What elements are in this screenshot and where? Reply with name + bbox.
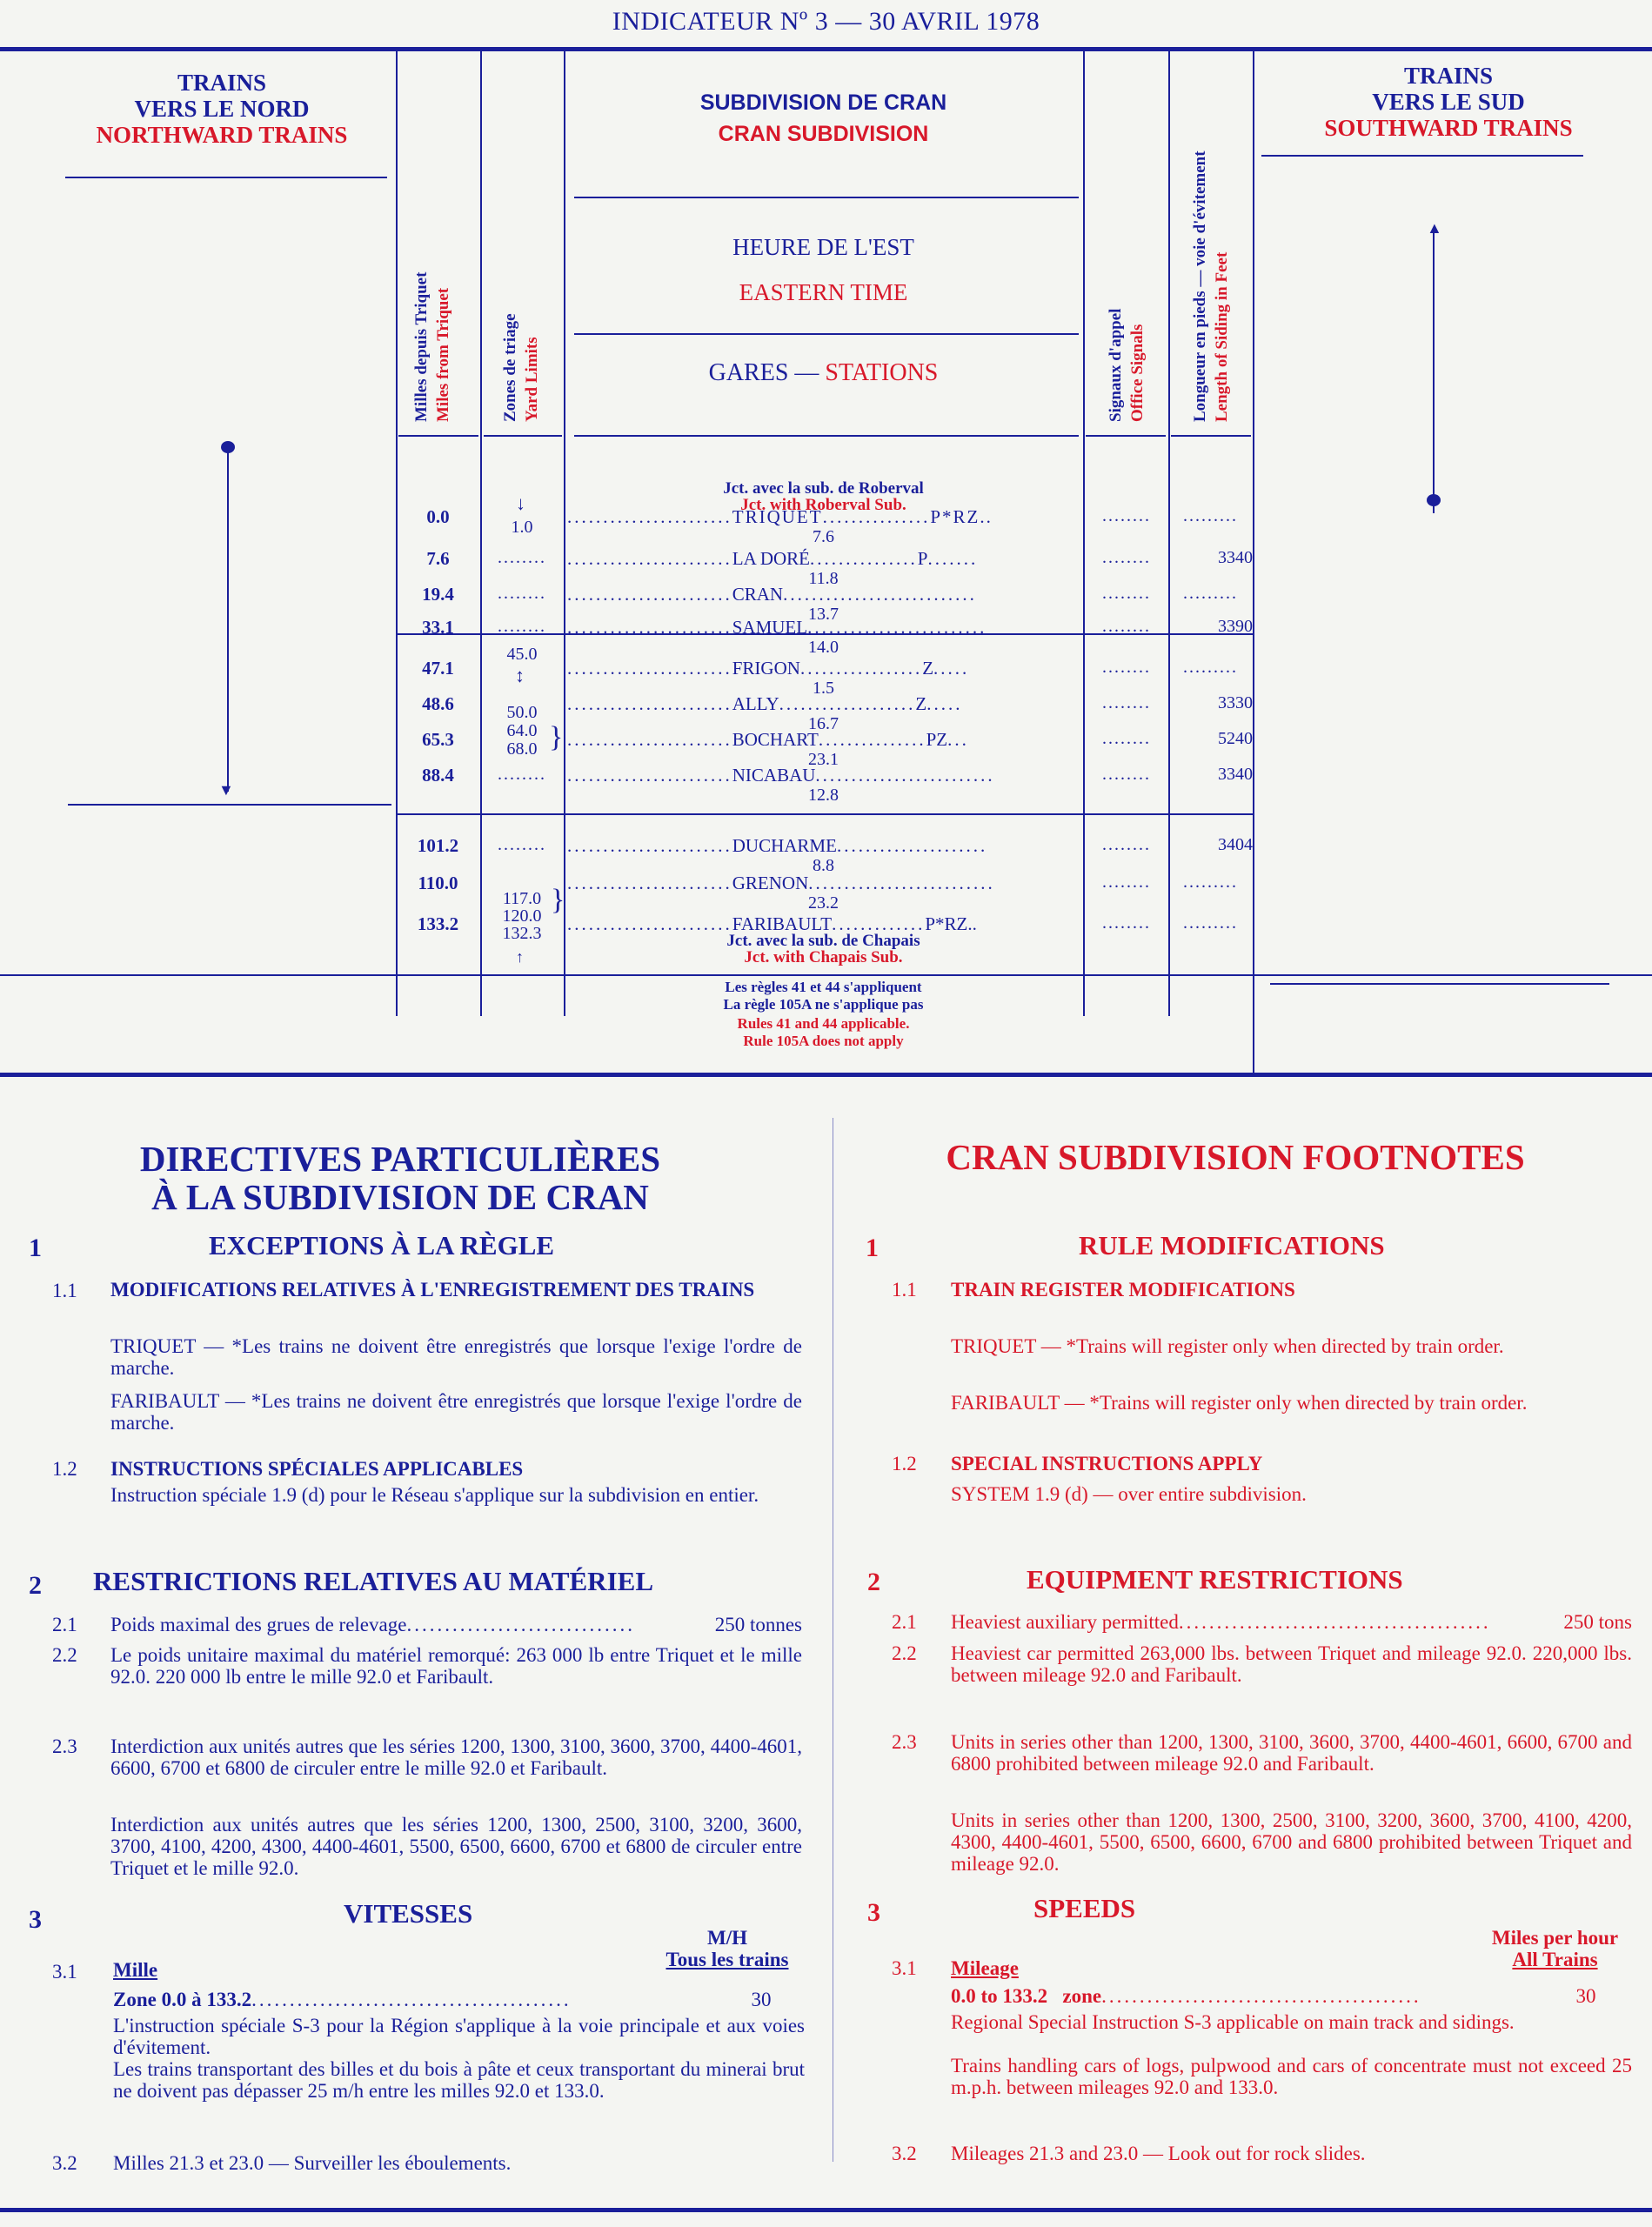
siding-length: 3340 xyxy=(1166,548,1253,568)
french-title: DIRECTIVES PARTICULIÈRES À LA SUBDIVISIO… xyxy=(139,1140,661,1216)
paragraph: Instruction spéciale 1.9 (d) pour le Rés… xyxy=(110,1484,802,1506)
siding-column-header: Longueur en pieds — voie d'évitement Len… xyxy=(1189,70,1233,422)
section-number: 1.2 xyxy=(892,1453,917,1475)
section-number: 2.1 xyxy=(52,1614,77,1636)
rule xyxy=(574,197,1079,198)
station-mile: 19.4 xyxy=(396,584,480,605)
northward-arrow-line xyxy=(227,452,229,792)
french-title-1: DIRECTIVES PARTICULIÈRES xyxy=(139,1140,661,1178)
subsection-title: SPECIAL INSTRUCTIONS APPLY xyxy=(951,1453,1262,1475)
paragraph: Interdiction aux unités autres que les s… xyxy=(110,1814,802,1879)
paragraph: Units in series other than 1200, 1300, 3… xyxy=(951,1731,1632,1775)
speed-column-header: Miles per hour All Trains xyxy=(1475,1927,1635,1970)
rules-note-fr-1: Les règles 41 et 44 s'appliquent xyxy=(565,979,1081,996)
paragraph: TRIQUET — *Les trains ne doivent être en… xyxy=(110,1335,802,1379)
speed-zone-row: Zone 0.0 à 133.2 .......................… xyxy=(113,1989,809,2010)
southbound-en: SOUTHWARD TRAINS xyxy=(1257,115,1640,141)
section-rule xyxy=(396,813,1253,815)
paragraph: SYSTEM 1.9 (d) — over entire subdivision… xyxy=(951,1483,1632,1505)
station-line: .......................TRIQUET..........… xyxy=(567,506,1080,528)
stations-en: STATIONS xyxy=(825,359,938,386)
speed-head-1: Miles per hour xyxy=(1475,1927,1635,1949)
station-line: .......................LA DORÉ..........… xyxy=(567,548,1080,570)
signals-column-header: Signaux d'appel Office Signals xyxy=(1105,252,1148,422)
rule xyxy=(1171,435,1251,437)
yard-brace-icon: } xyxy=(549,720,563,755)
english-title: CRAN SUBDIVISION FOOTNOTES xyxy=(879,1138,1592,1176)
rule xyxy=(484,435,562,437)
speed-value: 30 xyxy=(713,1989,809,2010)
section-number: 2.2 xyxy=(892,1642,917,1665)
paragraph: Le poids unitaire maximal du matériel re… xyxy=(110,1644,802,1688)
mileage-column-label: Mileage xyxy=(951,1957,1019,1980)
station-mile: 88.4 xyxy=(396,765,480,786)
section-number: 1.1 xyxy=(52,1280,77,1302)
section-number: 2 xyxy=(867,1568,880,1597)
paragraph: Mileages 21.3 and 23.0 — Look out for ro… xyxy=(951,2143,1632,2164)
rule xyxy=(398,435,478,437)
junction-roberval-fr: Jct. avec la sub. de Roberval xyxy=(565,480,1081,497)
paragraph: TRIQUET — *Trains will register only whe… xyxy=(951,1335,1632,1357)
station-line: .......................BOCHART..........… xyxy=(567,729,1080,751)
section-number: 2.1 xyxy=(892,1611,917,1634)
miles-fr: Milles depuis Triquet xyxy=(412,272,431,422)
col-divider xyxy=(1083,50,1085,1016)
station-line: .......................GRENON...........… xyxy=(567,873,1080,894)
station-name: TRIQUET xyxy=(732,506,823,527)
station-name: ALLY xyxy=(732,693,779,714)
speed-zone-row: 0.0 to 133.2 zone ......................… xyxy=(951,1985,1638,2007)
page-title: INDICATEUR Nº 3 — 30 AVRIL 1978 xyxy=(0,7,1652,37)
station-name: DUCHARME xyxy=(732,835,837,856)
section-title: EQUIPMENT RESTRICTIONS xyxy=(1027,1564,1403,1595)
speed-column-header: M/H Tous les trains xyxy=(648,1927,806,1970)
zone-label: 0.0 to 133.2 zone xyxy=(951,1985,1101,2007)
junction-chapais-fr: Jct. avec la sub. de Chapais xyxy=(565,933,1081,949)
col-divider xyxy=(396,50,398,1016)
speed-head-2: Tous les trains xyxy=(648,1949,806,1970)
station-mile: 48.6 xyxy=(396,693,480,715)
rules-note-en-1: Rules 41 and 44 applicable. xyxy=(565,1015,1081,1033)
stations-fr: GARES — xyxy=(709,359,819,386)
siding-length: 3330 xyxy=(1166,693,1253,713)
section-number: 1 xyxy=(29,1234,42,1263)
paragraph: Les trains transportant des billes et du… xyxy=(113,2058,805,2102)
paragraph: Units in series other than 1200, 1300, 2… xyxy=(951,1809,1632,1875)
rule xyxy=(574,435,1079,437)
yard-arrow-down-icon: ↓ xyxy=(516,494,525,513)
section-number: 1 xyxy=(866,1234,879,1263)
col-divider xyxy=(1253,50,1254,1077)
station-name: FRIGON xyxy=(732,658,800,679)
southbound-fr-1: TRAINS xyxy=(1257,63,1640,89)
speed-head-2: All Trains xyxy=(1475,1949,1635,1970)
rule xyxy=(1086,435,1166,437)
station-line: .......................NICABAU..........… xyxy=(567,765,1080,786)
station-line: .......................FRIGON...........… xyxy=(567,658,1080,679)
subsection-title: INSTRUCTIONS SPÉCIALES APPLICABLES xyxy=(110,1458,523,1481)
rules-note-fr-2: La règle 105A ne s'applique pas xyxy=(565,996,1081,1013)
rule xyxy=(1270,983,1609,985)
paragraph: Heaviest car permitted 263,000 lbs. betw… xyxy=(951,1642,1632,1686)
timeline-end-dot-icon xyxy=(1427,494,1441,506)
distance-to-next: 23.2 xyxy=(565,893,1081,913)
stations-header: GARES — STATIONS xyxy=(565,359,1081,387)
subdivision-header: SUBDIVISION DE CRAN CRAN SUBDIVISION xyxy=(565,87,1081,150)
southbound-fr-2: VERS LE SUD xyxy=(1257,89,1640,115)
station-name: LA DORÉ xyxy=(732,548,810,569)
speed-head-1: M/H xyxy=(648,1927,806,1949)
section-number: 1.2 xyxy=(52,1458,77,1481)
footer-rule xyxy=(0,2208,1652,2212)
rules-note: Les règles 41 et 44 s'appliquent La règl… xyxy=(565,979,1081,1050)
southbound-header: TRAINS VERS LE SUD SOUTHWARD TRAINS xyxy=(1257,63,1640,141)
station-line: .......................CRAN.............… xyxy=(567,584,1080,605)
label: Poids maximal des grues de relevage xyxy=(110,1614,406,1635)
section-number: 2.2 xyxy=(52,1644,77,1667)
yard-column-header: Zones de triage Yard Limits xyxy=(499,261,543,422)
distance-to-next: 12.8 xyxy=(565,786,1081,806)
header-rule xyxy=(0,47,1652,51)
paragraph: FARIBAULT — *Les trains ne doivent être … xyxy=(110,1390,802,1434)
yard-arrow-up-icon: ↑ xyxy=(516,948,524,966)
yard-arrow-updown-icon: ↕ xyxy=(515,666,525,685)
zone-label: Zone 0.0 à 133.2 xyxy=(113,1989,251,2010)
station-signal: Z xyxy=(922,658,933,679)
value: 250 tonnes xyxy=(715,1614,802,1635)
station-signal: P xyxy=(918,548,928,569)
table-bottom-rule xyxy=(0,974,1652,976)
timeline-start-dot-icon xyxy=(221,441,235,453)
section-number: 3.1 xyxy=(52,1961,77,1983)
paragraph: Trains handling cars of logs, pulpwood a… xyxy=(951,2055,1632,2098)
siding-fr: Longueur en pieds — voie d'évitement xyxy=(1191,150,1209,422)
column-divider xyxy=(833,1118,833,2162)
siding-en: Length of Siding in Feet xyxy=(1213,252,1231,422)
section-number: 2.3 xyxy=(892,1731,917,1754)
section-title: EXCEPTIONS À LA RÈGLE xyxy=(209,1230,554,1261)
station-mile: 0.0 xyxy=(396,506,480,528)
station-signal: PZ xyxy=(926,729,948,750)
yard-en: Yard Limits xyxy=(523,337,541,422)
section-title: RESTRICTIONS RELATIVES AU MATÉRIEL xyxy=(93,1566,653,1597)
paragraph: Poids maximal des grues de relevage ....… xyxy=(110,1614,802,1635)
time-header: HEURE DE L'EST EASTERN TIME xyxy=(565,224,1081,315)
paragraph: Regional Special Instruction S-3 applica… xyxy=(951,2011,1632,2033)
station-mile: 65.3 xyxy=(396,729,480,751)
section-number: 1.1 xyxy=(892,1279,917,1301)
station-name: BOCHART xyxy=(732,729,819,750)
northbound-header: TRAINS VERS LE NORD NORTHWARD TRAINS xyxy=(52,70,391,148)
section-number: 2.3 xyxy=(52,1735,77,1758)
northbound-en: NORTHWARD TRAINS xyxy=(52,122,391,148)
station-mile: 110.0 xyxy=(396,873,480,894)
station-line: .......................SAMUEL...........… xyxy=(567,617,1080,639)
station-name: GRENON xyxy=(732,873,809,893)
value: 250 tons xyxy=(1563,1611,1632,1633)
junction-chapais-en: Jct. with Chapais Sub. xyxy=(565,949,1081,966)
station-mile: 33.1 xyxy=(396,617,480,639)
subsection-title: TRAIN REGISTER MODIFICATIONS xyxy=(951,1279,1295,1301)
time-en: EASTERN TIME xyxy=(565,270,1081,315)
rule xyxy=(65,177,387,178)
signals-en: Office Signals xyxy=(1128,324,1147,422)
station-signal: P*RZ xyxy=(925,913,967,934)
distance-to-next: 7.6 xyxy=(565,527,1081,547)
rule xyxy=(574,333,1079,335)
yard-limit: 45.0 xyxy=(480,645,564,665)
col-divider xyxy=(1168,50,1170,1016)
section-number: 3 xyxy=(867,1898,880,1928)
paragraph: Interdiction aux unités autres que les s… xyxy=(110,1735,802,1779)
siding-length: 3340 xyxy=(1166,765,1253,785)
yard-brace-icon: } xyxy=(551,883,565,918)
signals-fr: Signaux d'appel xyxy=(1107,309,1125,422)
station-mile: 47.1 xyxy=(396,658,480,679)
speed-value: 30 xyxy=(1534,1985,1638,2007)
section-title: VITESSES xyxy=(344,1898,472,1929)
station-mile: 7.6 xyxy=(396,548,480,570)
miles-en: Miles from Triquet xyxy=(434,288,452,422)
label: Heaviest auxiliary permitted xyxy=(951,1611,1179,1633)
station-name: CRAN xyxy=(732,584,783,605)
section-title: SPEEDS xyxy=(1033,1893,1135,1924)
rules-note-en-2: Rule 105A does not apply xyxy=(565,1033,1081,1050)
section-number: 3.1 xyxy=(892,1957,917,1980)
subdivision-fr: SUBDIVISION DE CRAN xyxy=(565,87,1081,118)
yard-limit: 1.0 xyxy=(480,518,564,538)
section-number: 3 xyxy=(29,1905,42,1935)
section-number: 2 xyxy=(29,1571,42,1601)
section-title: RULE MODIFICATIONS xyxy=(1079,1230,1385,1261)
arrow-down-icon: ▼ xyxy=(218,781,234,799)
siding-length: 3390 xyxy=(1166,617,1253,637)
southward-arrow-line xyxy=(1433,231,1435,513)
section-divider xyxy=(0,1073,1652,1077)
siding-length: 3404 xyxy=(1166,835,1253,855)
station-mile: 133.2 xyxy=(396,913,480,935)
yard-limit: 132.3 xyxy=(480,924,564,944)
subdivision-en: CRAN SUBDIVISION xyxy=(565,118,1081,150)
section-number: 3.2 xyxy=(52,2152,77,2175)
paragraph: Heaviest auxiliary permitted ...........… xyxy=(951,1611,1632,1633)
northbound-fr-1: TRAINS xyxy=(52,70,391,96)
french-title-2: À LA SUBDIVISION DE CRAN xyxy=(139,1178,661,1216)
distance-to-next: 14.0 xyxy=(565,638,1081,658)
station-line: .......................DUCHARME.........… xyxy=(567,835,1080,857)
rule xyxy=(1261,155,1583,157)
station-name: SAMUEL xyxy=(732,617,807,638)
paragraph: FARIBAULT — *Trains will register only w… xyxy=(951,1392,1632,1414)
mileage-column-label: Mille xyxy=(113,1959,157,1982)
station-signal: Z xyxy=(915,693,926,714)
rule xyxy=(68,804,391,806)
yard-fr: Zones de triage xyxy=(501,313,519,422)
paragraph: Milles 21.3 et 23.0 — Surveiller les ébo… xyxy=(113,2152,805,2174)
station-name: NICABAU xyxy=(732,765,816,786)
junction-chapais: Jct. avec la sub. de Chapais Jct. with C… xyxy=(565,933,1081,966)
subsection-title: MODIFICATIONS RELATIVES À L'ENREGISTREME… xyxy=(110,1279,806,1301)
paragraph: L'instruction spéciale S-3 pour la Régio… xyxy=(113,2015,805,2058)
station-mile: 101.2 xyxy=(396,835,480,857)
station-line: .......................ALLY.............… xyxy=(567,693,1080,715)
station-signal: P*RZ xyxy=(930,506,980,527)
northbound-fr-2: VERS LE NORD xyxy=(52,96,391,122)
siding-length: 5240 xyxy=(1166,729,1253,749)
section-number: 3.2 xyxy=(892,2143,917,2165)
miles-column-header: Milles depuis Triquet Miles from Triquet xyxy=(411,222,454,422)
time-fr: HEURE DE L'EST xyxy=(565,224,1081,270)
